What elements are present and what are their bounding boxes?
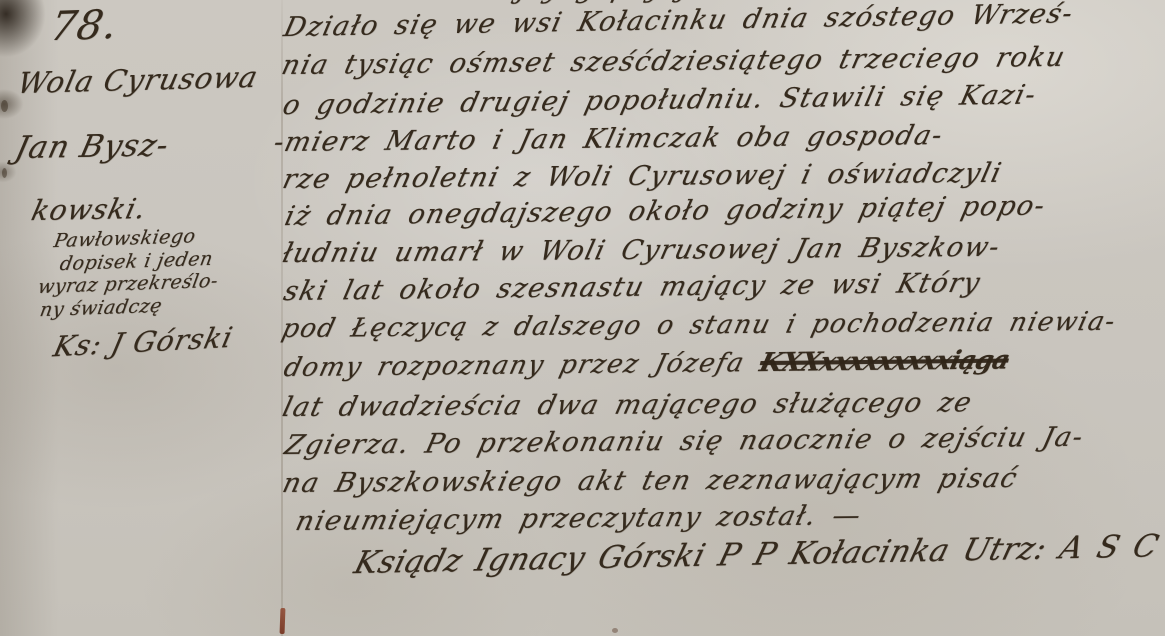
- priest-signature-line: Ksiądz Ignacy Górski P P Kołacinka Utrz:…: [350, 528, 1162, 581]
- body-line: rze pełnoletni z Woli Cyrusowej i oświad…: [280, 158, 1006, 195]
- margin-priest-signature: Ks: J Górski: [50, 321, 236, 364]
- crossed-out-text: KXXxxxxxxxxxiąga: [757, 345, 1012, 378]
- deceased-name-line-1: Jan Bysz-: [12, 127, 173, 166]
- body-line: nieumiejącym przeczytany został. —: [293, 500, 865, 537]
- body-line: lat dwadzieścia dwa mającego służącego z…: [279, 387, 975, 423]
- body-line: Działo się we wsi Kołacinku dnia szósteg…: [281, 0, 1077, 43]
- body-line-text: domy rozpoznany przez Józefa: [281, 348, 764, 383]
- ink-speck: [612, 628, 618, 633]
- body-line-with-deletion: domy rozpoznany przez Józefa KXXxxxxxxxx…: [281, 345, 1012, 383]
- body-line: o godzinie drugiej popołudniu. Stawili s…: [280, 79, 1040, 121]
- margin-rule-line: [281, 0, 283, 636]
- ink-speck: [2, 168, 7, 178]
- top-edge-stroke-remnants: ej y g p y j: [498, 0, 694, 5]
- body-line: pod Łęczycą z dalszego o stanu i pochodz…: [279, 307, 1120, 344]
- body-line: Zgierza. Po przekonaniu się naocznie o z…: [282, 422, 1088, 461]
- body-line: na Byszkowskiego akt ten zeznawającym pi…: [279, 463, 1021, 499]
- red-margin-mark: [280, 608, 286, 634]
- ink-speck: [1, 100, 8, 112]
- record-number: 78.: [47, 2, 122, 51]
- place-name: Wola Cyrusowa: [14, 60, 261, 100]
- document-page: ej y g p y j 78. Wola Cyrusowa Jan Bysz-…: [0, 0, 1165, 636]
- marginal-note-line: ny świadczę: [38, 295, 164, 321]
- body-line: ski lat około szesnastu mający ze wsi Kt…: [281, 267, 984, 307]
- body-line: nia tysiąc ośmset sześćdziesiątego trzec…: [279, 42, 1069, 81]
- body-line: -mierz Marto i Jan Klimczak oba gospoda-: [271, 120, 947, 158]
- body-line: łudniu umarł w Woli Cyrusowej Jan Byszko…: [280, 232, 1004, 269]
- body-line: iż dnia onegdajszego około godziny piąte…: [282, 190, 1049, 232]
- deceased-name-line-2: kowski.: [28, 192, 150, 227]
